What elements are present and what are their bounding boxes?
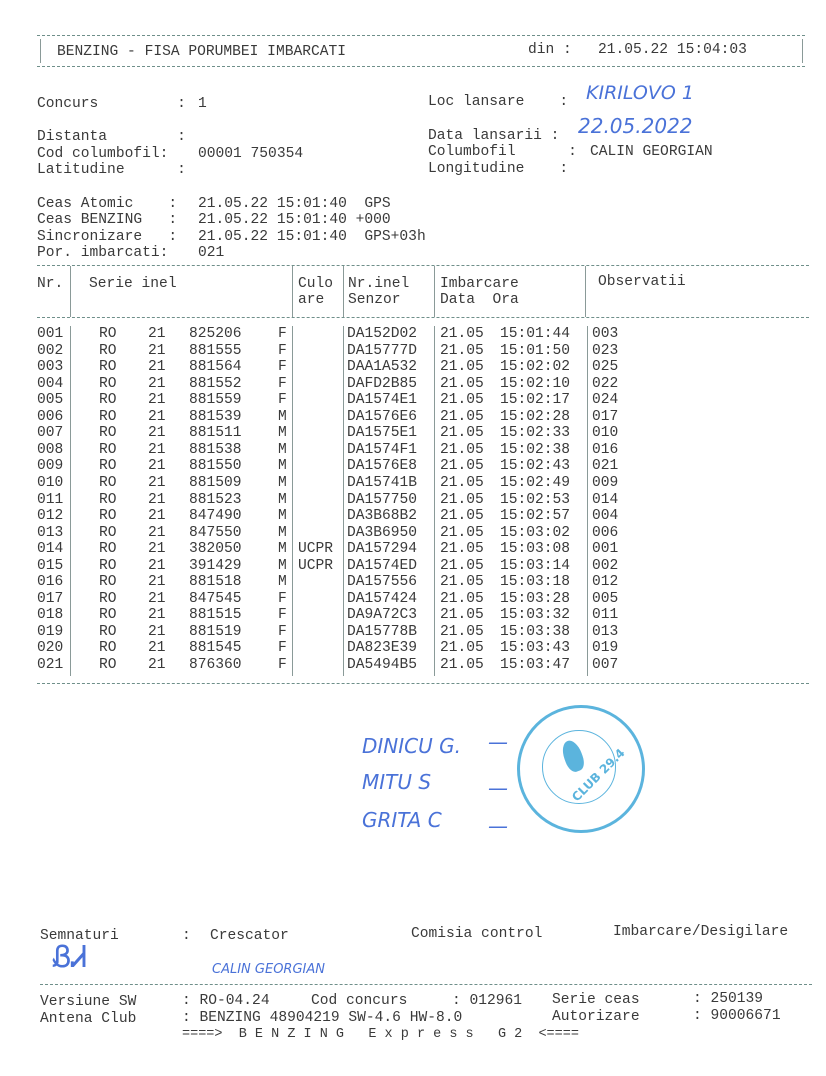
cell-country: RO (99, 442, 117, 459)
cell-obs: 003 (592, 326, 618, 343)
imbarcare-desigilare-label: Imbarcare/Desigilare (613, 924, 788, 941)
cell-nr: 005 (37, 392, 63, 409)
cell-time: 15:01:50 (500, 343, 570, 360)
cell-sex: F (278, 326, 287, 343)
col-header-serie: Serie inel (89, 276, 177, 293)
cell-nr: 014 (37, 541, 63, 558)
table-row: 013RO21847550MDA3B695021.0515:03:02006 (0, 525, 826, 542)
cell-sensor: DA152D02 (347, 326, 417, 343)
cell-obs: 025 (592, 359, 618, 376)
ceas-benzing-value: 21.05.22 15:01:40 +000 (198, 212, 391, 229)
cell-obs: 024 (592, 392, 618, 409)
cell-country: RO (99, 607, 117, 624)
cell-ring: 881515 (189, 607, 242, 624)
cell-sensor: DA3B6950 (347, 525, 417, 542)
cell-obs: 016 (592, 442, 618, 459)
cell-ring: 881550 (189, 458, 242, 475)
cell-obs: 014 (592, 492, 618, 509)
cell-ring: 881538 (189, 442, 242, 459)
cell-time: 15:03:43 (500, 640, 570, 657)
cod-columbofil-value: 00001 750354 (198, 146, 303, 163)
cell-nr: 004 (37, 376, 63, 393)
cell-date: 21.05 (440, 558, 484, 575)
col-sep (292, 266, 293, 317)
cell-date: 21.05 (440, 326, 484, 343)
cell-sex: F (278, 657, 287, 674)
cell-country: RO (99, 392, 117, 409)
cell-date: 21.05 (440, 376, 484, 393)
cell-sensor: DA1574E1 (347, 392, 417, 409)
cell-nr: 012 (37, 508, 63, 525)
cell-ring: 881559 (189, 392, 242, 409)
cell-ring: 881552 (189, 376, 242, 393)
cell-country: RO (99, 525, 117, 542)
autorizare-label: Autorizare (552, 1009, 640, 1026)
cell-year: 21 (148, 624, 166, 641)
cell-date: 21.05 (440, 392, 484, 409)
cell-ring: 881545 (189, 640, 242, 657)
cell-nr: 010 (37, 475, 63, 492)
table-bottom-rule (37, 683, 809, 684)
cell-sensor: DA1574F1 (347, 442, 417, 459)
col-sep (343, 326, 344, 676)
cell-sex: M (278, 409, 287, 426)
cell-sex: F (278, 343, 287, 360)
cell-ring: 881564 (189, 359, 242, 376)
cell-year: 21 (148, 343, 166, 360)
cell-country: RO (99, 458, 117, 475)
cell-sex: F (278, 376, 287, 393)
cell-ring: 881509 (189, 475, 242, 492)
cell-country: RO (99, 475, 117, 492)
cell-sensor: DA9A72C3 (347, 607, 417, 624)
ceas-atomic-label: Ceas Atomic : (37, 196, 177, 213)
table-row: 015RO21391429MUCPRDA1574ED21.0515:03:140… (0, 558, 826, 575)
cell-nr: 021 (37, 657, 63, 674)
cell-time: 15:03:08 (500, 541, 570, 558)
col-header-senzor-2: Senzor (348, 292, 401, 309)
comisia-control-label: Comisia control (411, 926, 542, 943)
cell-nr: 020 (37, 640, 63, 657)
cell-sex: F (278, 591, 287, 608)
cell-obs: 002 (592, 558, 618, 575)
table-row: 006RO21881539MDA1576E621.0515:02:28017 (0, 409, 826, 426)
cell-year: 21 (148, 640, 166, 657)
cell-year: 21 (148, 591, 166, 608)
cell-year: 21 (148, 475, 166, 492)
semnaturi-colon: : (182, 928, 191, 945)
columbofil-value: CALIN GEORGIAN (590, 144, 713, 161)
cell-ring: 881518 (189, 574, 242, 591)
table-row: 021RO21876360FDA5494B521.0515:03:47007 (0, 657, 826, 674)
committee-name-3: GRITA C (362, 808, 442, 832)
distanta-label: Distanta : (37, 129, 186, 146)
cell-color: UCPR (298, 541, 333, 558)
col-header-imbarcare-2: Data Ora (440, 292, 519, 309)
document-title: BENZING - FISA PORUMBEI IMBARCATI (57, 44, 346, 61)
cell-obs: 011 (592, 607, 618, 624)
cell-obs: 004 (592, 508, 618, 525)
longitudine-label: Longitudine : (428, 161, 568, 178)
cell-obs: 017 (592, 409, 618, 426)
cell-nr: 003 (37, 359, 63, 376)
cell-year: 21 (148, 392, 166, 409)
ceas-benzing-label: Ceas BENZING : (37, 212, 177, 229)
cell-country: RO (99, 624, 117, 641)
cell-ring: 881539 (189, 409, 242, 426)
table-row: 009RO21881550MDA1576E821.0515:02:43021 (0, 458, 826, 475)
cod-concurs-label: Cod concurs (311, 993, 407, 1010)
cell-sensor: DA5494B5 (347, 657, 417, 674)
cell-sex: M (278, 442, 287, 459)
cell-date: 21.05 (440, 607, 484, 624)
cell-time: 15:02:38 (500, 442, 570, 459)
cell-country: RO (99, 591, 117, 608)
cell-year: 21 (148, 359, 166, 376)
cell-time: 15:02:28 (500, 409, 570, 426)
cell-date: 21.05 (440, 640, 484, 657)
cell-time: 15:02:43 (500, 458, 570, 475)
data-lansarii-label: Data lansarii : (428, 128, 559, 145)
committee-dash-1: — (488, 730, 508, 754)
col-header-nr: Nr. (37, 276, 63, 293)
cell-year: 21 (148, 525, 166, 542)
table-row: 005RO21881559FDA1574E121.0515:02:17024 (0, 392, 826, 409)
cell-sex: F (278, 392, 287, 409)
cell-year: 21 (148, 376, 166, 393)
col-sep (70, 326, 71, 676)
col-sep (434, 326, 435, 676)
col-sep (343, 266, 344, 317)
cell-obs: 006 (592, 525, 618, 542)
cell-country: RO (99, 508, 117, 525)
cell-obs: 001 (592, 541, 618, 558)
cell-date: 21.05 (440, 508, 484, 525)
crescator-name-handwritten: CALIN GEORGIAN (212, 962, 325, 977)
cell-time: 15:02:33 (500, 425, 570, 442)
cell-ring: 876360 (189, 657, 242, 674)
autorizare-value: : 90006671 (693, 1008, 781, 1025)
cell-sensor: DA157556 (347, 574, 417, 591)
cell-time: 15:03:18 (500, 574, 570, 591)
cell-time: 15:02:53 (500, 492, 570, 509)
col-header-culoare-2: are (298, 292, 324, 309)
cell-sex: M (278, 574, 287, 591)
col-sep (292, 326, 293, 676)
cell-sex: F (278, 607, 287, 624)
signatures-rule (40, 984, 812, 985)
committee-dash-3: — (488, 814, 508, 838)
cell-obs: 007 (592, 657, 618, 674)
col-sep (70, 266, 71, 317)
cell-ring: 391429 (189, 558, 242, 575)
table-row: 018RO21881515FDA9A72C321.0515:03:32011 (0, 607, 826, 624)
concurs-label: Concurs : (37, 96, 186, 113)
crescator-label: Crescator (210, 928, 289, 945)
cell-year: 21 (148, 326, 166, 343)
cell-date: 21.05 (440, 343, 484, 360)
cell-year: 21 (148, 657, 166, 674)
header-left-border (40, 39, 41, 63)
cell-sensor: DA15741B (347, 475, 417, 492)
cell-sensor: DA1575E1 (347, 425, 417, 442)
brand-line: ====> B E N Z I N G E x p r e s s G 2 <=… (182, 1027, 579, 1044)
cell-sex: M (278, 425, 287, 442)
cell-date: 21.05 (440, 425, 484, 442)
cell-ring: 881511 (189, 425, 242, 442)
versiune-sw-value: : RO-04.24 (182, 993, 270, 1010)
col-header-observatii: Observatii (598, 274, 686, 291)
cell-ring: 881523 (189, 492, 242, 509)
cell-year: 21 (148, 458, 166, 475)
col-sep (585, 266, 586, 317)
cell-sex: M (278, 475, 287, 492)
versiune-sw-label: Versiune SW (40, 994, 136, 1011)
table-row: 014RO21382050MUCPRDA15729421.0515:03:080… (0, 541, 826, 558)
concurs-value: 1 (198, 96, 207, 113)
cell-sensor: DA3B68B2 (347, 508, 417, 525)
cell-nr: 016 (37, 574, 63, 591)
cell-nr: 002 (37, 343, 63, 360)
cell-sex: M (278, 458, 287, 475)
serie-ceas-label: Serie ceas (552, 992, 640, 1009)
cell-time: 15:02:02 (500, 359, 570, 376)
columbofil-label: Columbofil : (428, 144, 577, 161)
crescator-signature: ᏰᏗ (52, 940, 87, 975)
print-date-value: 21.05.22 15:04:03 (598, 42, 747, 59)
cell-sensor: DA157750 (347, 492, 417, 509)
cell-nr: 018 (37, 607, 63, 624)
cell-nr: 008 (37, 442, 63, 459)
cell-sensor: DA15778B (347, 624, 417, 641)
cell-sensor: DA1576E8 (347, 458, 417, 475)
data-lansarii-handwritten: 22.05.2022 (578, 114, 693, 138)
print-date-label: din : (528, 42, 572, 59)
cell-sensor: DA157294 (347, 541, 417, 558)
cell-date: 21.05 (440, 475, 484, 492)
cell-country: RO (99, 574, 117, 591)
cell-country: RO (99, 425, 117, 442)
table-row: 019RO21881519FDA15778B21.0515:03:38013 (0, 624, 826, 641)
cell-ring: 881555 (189, 343, 242, 360)
table-row: 012RO21847490MDA3B68B221.0515:02:57004 (0, 508, 826, 525)
cell-sensor: DA157424 (347, 591, 417, 608)
cell-sensor: DA1574ED (347, 558, 417, 575)
cell-obs: 010 (592, 425, 618, 442)
cell-time: 15:02:17 (500, 392, 570, 409)
cell-obs: 022 (592, 376, 618, 393)
cell-time: 15:02:49 (500, 475, 570, 492)
cell-country: RO (99, 657, 117, 674)
committee-name-2: MITU S (362, 770, 431, 794)
cell-color: UCPR (298, 558, 333, 575)
cell-obs: 009 (592, 475, 618, 492)
col-header-culoare-1: Culo (298, 276, 333, 293)
table-row: 007RO21881511MDA1575E121.0515:02:33010 (0, 425, 826, 442)
latitudine-label: Latitudine : (37, 162, 186, 179)
cell-nr: 001 (37, 326, 63, 343)
club-stamp: CLUB 29.4 (517, 705, 645, 833)
cell-year: 21 (148, 409, 166, 426)
col-header-senzor-1: Nr.inel (348, 276, 409, 293)
cell-sex: M (278, 508, 287, 525)
table-header-rule (37, 317, 809, 318)
table-row: 001RO21825206FDA152D0221.0515:01:44003 (0, 326, 826, 343)
cell-time: 15:03:47 (500, 657, 570, 674)
cell-date: 21.05 (440, 624, 484, 641)
cell-country: RO (99, 541, 117, 558)
cell-country: RO (99, 343, 117, 360)
loc-lansare-handwritten: KIRILOVO 1 (586, 82, 694, 104)
cell-time: 15:03:38 (500, 624, 570, 641)
table-row: 011RO21881523MDA15775021.0515:02:53014 (0, 492, 826, 509)
cell-nr: 013 (37, 525, 63, 542)
cell-sex: F (278, 640, 287, 657)
col-header-imbarcare-1: Imbarcare (440, 276, 519, 293)
table-row: 020RO21881545FDA823E3921.0515:03:43019 (0, 640, 826, 657)
header-right-border (802, 39, 803, 63)
table-row: 016RO21881518MDA15755621.0515:03:18012 (0, 574, 826, 591)
sincronizare-value: 21.05.22 15:01:40 GPS+03h (198, 229, 426, 246)
sincronizare-label: Sincronizare : (37, 229, 177, 246)
cell-time: 15:01:44 (500, 326, 570, 343)
cell-sex: F (278, 359, 287, 376)
cell-nr: 017 (37, 591, 63, 608)
cell-nr: 006 (37, 409, 63, 426)
cell-year: 21 (148, 425, 166, 442)
cell-time: 15:03:02 (500, 525, 570, 542)
cell-sex: M (278, 558, 287, 575)
header-bottom-rule (37, 66, 805, 67)
cell-date: 21.05 (440, 657, 484, 674)
cell-obs: 005 (592, 591, 618, 608)
cell-date: 21.05 (440, 442, 484, 459)
cell-obs: 023 (592, 343, 618, 360)
cell-nr: 015 (37, 558, 63, 575)
cell-ring: 881519 (189, 624, 242, 641)
cell-country: RO (99, 409, 117, 426)
cell-country: RO (99, 640, 117, 657)
committee-name-1: DINICU G. (362, 734, 461, 758)
cell-date: 21.05 (440, 541, 484, 558)
cell-ring: 847490 (189, 508, 242, 525)
cell-year: 21 (148, 508, 166, 525)
pigeon-table-body: 001RO21825206FDA152D0221.0515:01:4400300… (0, 326, 826, 676)
table-row: 008RO21881538MDA1574F121.0515:02:38016 (0, 442, 826, 459)
cell-year: 21 (148, 558, 166, 575)
cell-sensor: DA15777D (347, 343, 417, 360)
cell-country: RO (99, 376, 117, 393)
cod-columbofil-label: Cod columbofil: (37, 146, 168, 163)
cell-obs: 012 (592, 574, 618, 591)
cell-time: 15:03:28 (500, 591, 570, 608)
cell-time: 15:02:10 (500, 376, 570, 393)
cell-country: RO (99, 558, 117, 575)
cell-date: 21.05 (440, 525, 484, 542)
cell-date: 21.05 (440, 492, 484, 509)
table-top-rule (37, 265, 809, 266)
antena-club-label: Antena Club (40, 1011, 136, 1028)
cell-year: 21 (148, 607, 166, 624)
header-top-rule (37, 35, 805, 36)
antena-club-value: : BENZING 48904219 SW-4.6 HW-8.0 (182, 1010, 462, 1027)
cell-sex: M (278, 525, 287, 542)
cell-time: 15:03:32 (500, 607, 570, 624)
cell-date: 21.05 (440, 574, 484, 591)
cell-obs: 013 (592, 624, 618, 641)
cell-year: 21 (148, 492, 166, 509)
cell-date: 21.05 (440, 591, 484, 608)
cell-sensor: DAA1A532 (347, 359, 417, 376)
cell-time: 15:02:57 (500, 508, 570, 525)
cell-time: 15:03:14 (500, 558, 570, 575)
col-sep (587, 326, 588, 676)
cell-obs: 021 (592, 458, 618, 475)
porumbei-imbarcati-label: Por. imbarcati: (37, 245, 168, 262)
loc-lansare-label: Loc lansare : (428, 94, 568, 111)
committee-dash-2: — (488, 776, 508, 800)
cell-country: RO (99, 359, 117, 376)
cell-nr: 009 (37, 458, 63, 475)
ceas-atomic-value: 21.05.22 15:01:40 GPS (198, 196, 391, 213)
cell-ring: 847550 (189, 525, 242, 542)
cell-sensor: DA1576E6 (347, 409, 417, 426)
cell-ring: 825206 (189, 326, 242, 343)
cell-ring: 382050 (189, 541, 242, 558)
cell-nr: 007 (37, 425, 63, 442)
cell-sensor: DA823E39 (347, 640, 417, 657)
cell-nr: 019 (37, 624, 63, 641)
table-row: 010RO21881509MDA15741B21.0515:02:49009 (0, 475, 826, 492)
table-row: 017RO21847545FDA15742421.0515:03:28005 (0, 591, 826, 608)
cod-concurs-value: : 012961 (452, 993, 522, 1010)
cell-date: 21.05 (440, 458, 484, 475)
cell-obs: 019 (592, 640, 618, 657)
porumbei-imbarcati-value: 021 (198, 245, 224, 262)
cell-year: 21 (148, 574, 166, 591)
cell-year: 21 (148, 442, 166, 459)
cell-date: 21.05 (440, 409, 484, 426)
cell-country: RO (99, 326, 117, 343)
cell-sensor: DAFD2B85 (347, 376, 417, 393)
cell-date: 21.05 (440, 359, 484, 376)
table-row: 004RO21881552FDAFD2B8521.0515:02:10022 (0, 376, 826, 393)
cell-ring: 847545 (189, 591, 242, 608)
table-row: 003RO21881564FDAA1A53221.0515:02:02025 (0, 359, 826, 376)
cell-nr: 011 (37, 492, 63, 509)
cell-country: RO (99, 492, 117, 509)
cell-sex: F (278, 624, 287, 641)
cell-sex: M (278, 492, 287, 509)
cell-year: 21 (148, 541, 166, 558)
table-row: 002RO21881555FDA15777D21.0515:01:50023 (0, 343, 826, 360)
cell-sex: M (278, 541, 287, 558)
col-sep (434, 266, 435, 317)
serie-ceas-value: : 250139 (693, 991, 763, 1008)
